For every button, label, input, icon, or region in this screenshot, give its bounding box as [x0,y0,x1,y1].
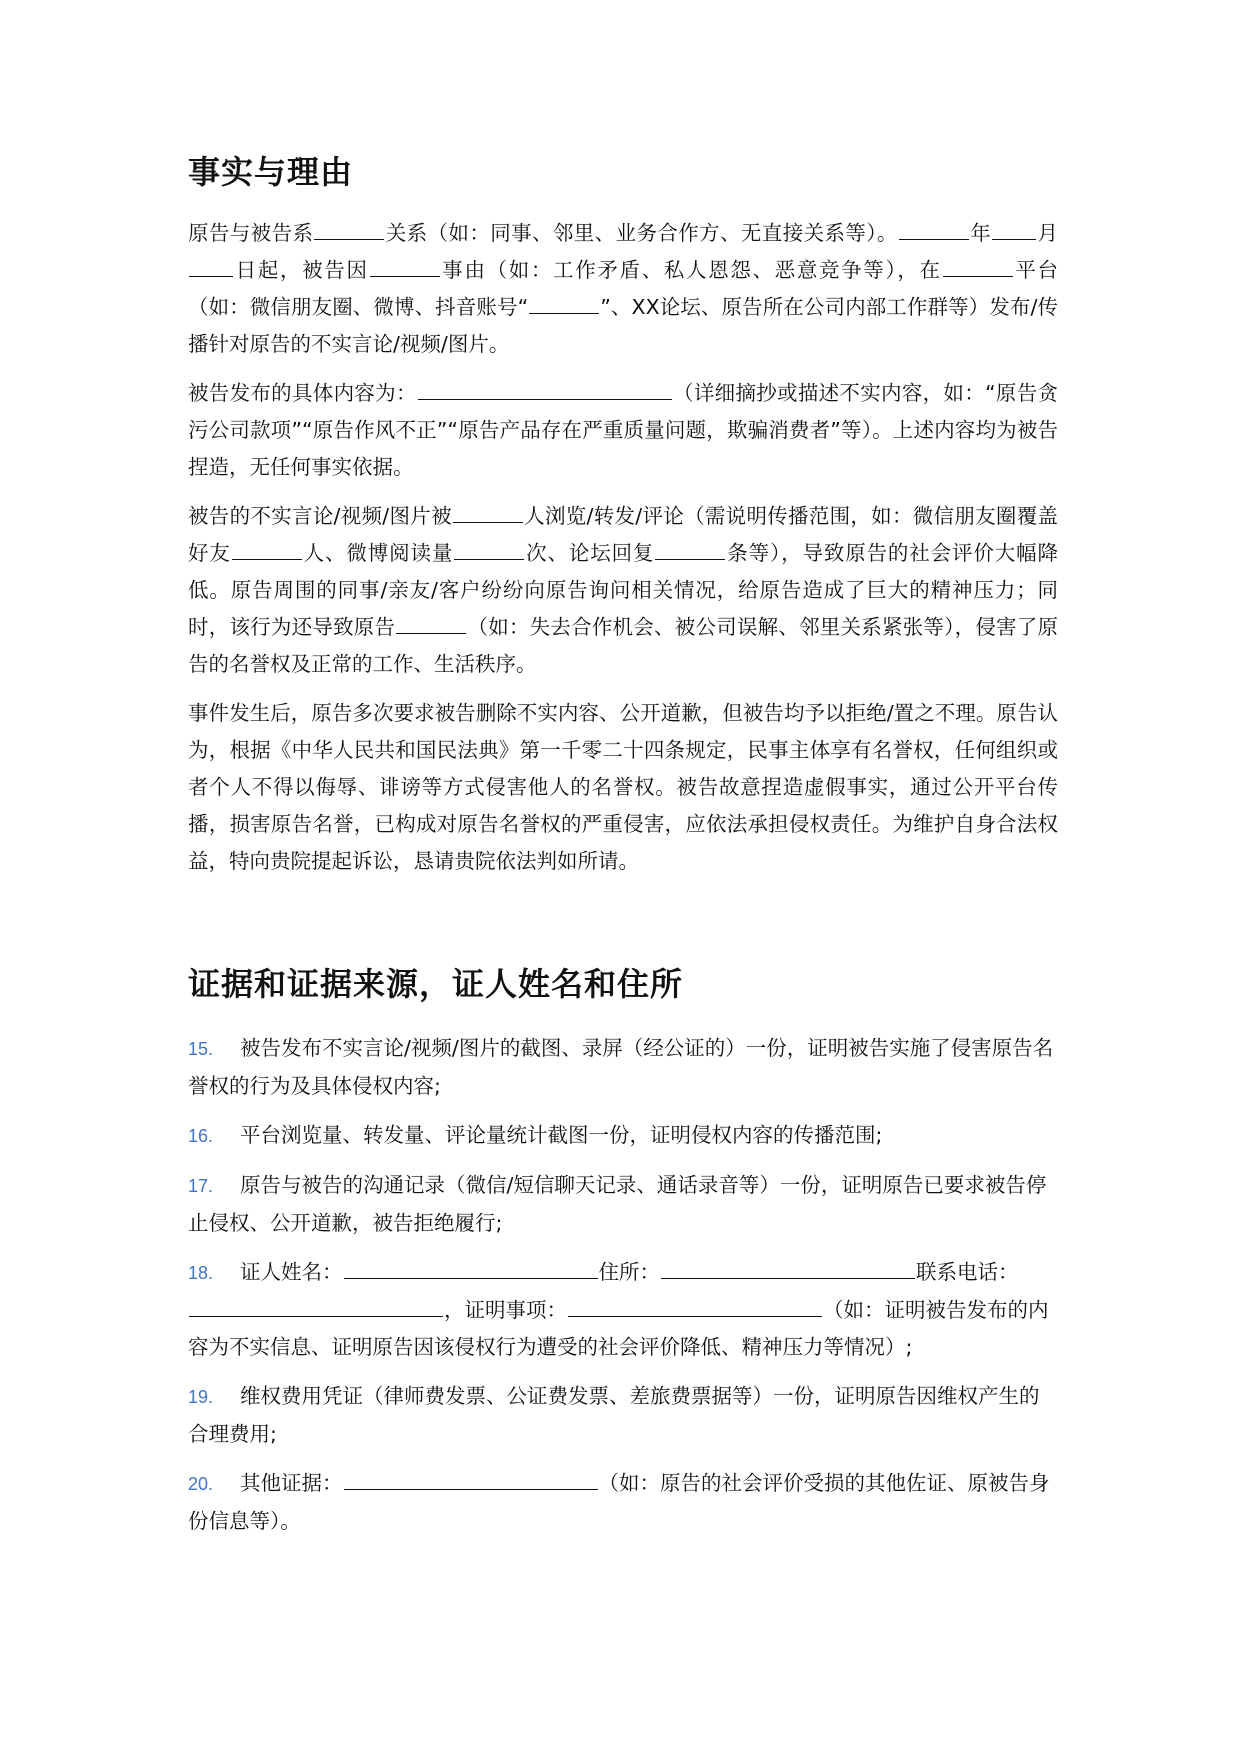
list-number: 18. [188,1255,240,1292]
evidence-list: 15.被告发布不实言论/视频/图片的截图、录屏（经公证的）一份，证明被告实施了侵… [188,1030,1058,1552]
blank-witness-phone[interactable] [189,1298,443,1317]
section-heading-evidence: 证据和证据来源，证人姓名和住所 [188,964,683,1004]
blank-account[interactable] [529,295,599,314]
text: 次、论坛回复 [525,541,654,565]
evidence-item-18: 18.证人姓名：住所：联系电话：，证明事项：（如：证明被告发布的内容为不实信息、… [188,1254,1058,1366]
blank-other-evidence[interactable] [344,1471,598,1490]
facts-paragraph-relationship: 原告与被告系关系（如：同事、邻里、业务合作方、无直接关系等）。年月日起，被告因事… [188,215,1058,363]
text: 人、微博阅读量 [303,541,453,565]
text: 证人姓名： [240,1260,343,1284]
blank-platform[interactable] [943,258,1013,277]
blank-consequence[interactable] [396,615,466,634]
text: 关系（如：同事、邻里、业务合作方、无直接关系等）。 [385,221,897,245]
facts-section: 原告与被告系关系（如：同事、邻里、业务合作方、无直接关系等）。年月日起，被告因事… [188,215,1058,892]
blank-relationship[interactable] [314,221,384,240]
list-text: 原告与被告的沟通记录（微信/短信聊天记录、通话录音等）一份，证明原告已要求被告停… [188,1173,1046,1235]
text: ，证明事项： [444,1298,567,1322]
blank-year[interactable] [899,221,969,240]
evidence-item-15: 15.被告发布不实言论/视频/图片的截图、录屏（经公证的）一份，证明被告实施了侵… [188,1030,1058,1105]
blank-weibo-reads[interactable] [454,541,524,560]
text: 原告与被告系 [188,221,313,245]
facts-paragraph-legal-basis: 事件发生后，原告多次要求被告删除不实内容、公开道歉，但被告均予以拒绝/置之不理。… [188,695,1058,880]
list-number: 20. [188,1466,240,1503]
text: 日起，被告因 [234,258,369,282]
section-heading-facts: 事实与理由 [188,152,353,192]
facts-paragraph-content: 被告发布的具体内容为：（详细摘抄或描述不实内容，如：“原告贪污公司款项”“原告作… [188,375,1058,486]
facts-paragraph-spread: 被告的不实言论/视频/图片被人浏览/转发/评论（需说明传播范围，如：微信朋友圈覆… [188,498,1058,683]
evidence-item-16: 16.平台浏览量、转发量、评论量统计截图一份，证明侵权内容的传播范围; [188,1117,1058,1155]
text: 被告发布的具体内容为： [188,381,417,405]
blank-friends[interactable] [232,541,302,560]
list-text: 平台浏览量、转发量、评论量统计截图一份，证明侵权内容的传播范围; [240,1123,882,1147]
blank-day[interactable] [189,258,233,277]
text: 联系电话： [916,1260,1019,1284]
evidence-item-17: 17.原告与被告的沟通记录（微信/短信聊天记录、通话录音等）一份，证明原告已要求… [188,1167,1058,1242]
evidence-item-20: 20.其他证据：（如：原告的社会评价受损的其他佐证、原被告身份信息等）。 [188,1465,1058,1540]
blank-cause[interactable] [370,258,440,277]
list-text: 维权费用凭证（律师费发票、公证费发票、差旅费票据等）一份，证明原告因维权产生的合… [188,1384,1040,1446]
text: 年 [970,221,991,245]
list-number: 15. [188,1031,240,1068]
blank-views[interactable] [453,504,523,523]
text: 月 [1037,221,1058,245]
blank-month[interactable] [992,221,1036,240]
blank-witness-matter[interactable] [568,1298,822,1317]
blank-witness-address[interactable] [661,1260,915,1279]
list-number: 16. [188,1118,240,1155]
blank-content[interactable] [418,381,672,400]
text: 其他证据： [240,1471,343,1495]
list-number: 17. [188,1168,240,1205]
blank-witness-name[interactable] [344,1260,598,1279]
list-number: 19. [188,1379,240,1416]
text: 住所： [599,1260,661,1284]
evidence-item-19: 19.维权费用凭证（律师费发票、公证费发票、差旅费票据等）一份，证明原告因维权产… [188,1378,1058,1453]
blank-forum-replies[interactable] [655,541,725,560]
text: 事由（如：工作矛盾、私人恩怨、恶意竞争等），在 [441,258,942,282]
text: 被告的不实言论/视频/图片被 [188,504,452,528]
list-text: 被告发布不实言论/视频/图片的截图、录屏（经公证的）一份，证明被告实施了侵害原告… [188,1036,1053,1098]
